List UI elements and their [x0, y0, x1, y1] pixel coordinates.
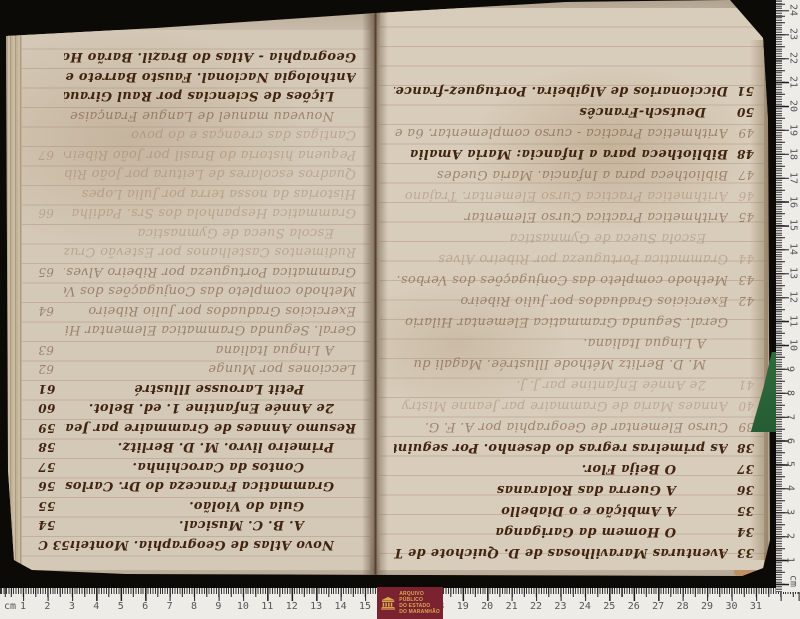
- book-title-text: Escola Sueca de Gymnastica: [394, 230, 728, 245]
- archive-building-icon: [380, 592, 396, 614]
- ruler-number: 29: [701, 601, 713, 612]
- ruler-number: 28: [677, 601, 689, 612]
- manuscript-line: 42Exercicios Graduados por Julio Ribeiro: [394, 287, 754, 308]
- manuscript-line: Grammatica Hespanhola dos Srs. Padilha66: [38, 201, 356, 221]
- book-title-text: Rudimentos Castelhanos por Estevão Cruz: [64, 245, 356, 260]
- book-title-text: Curso Elementar de Geographia por A. F. …: [394, 419, 728, 434]
- ruler-number: 8: [191, 601, 197, 612]
- book-title-text: Diccionarios de Algibeira. Portuguez-fra…: [394, 83, 728, 98]
- book-title-text: A Lingua Italiana.: [394, 335, 728, 350]
- book-title-text: Bibliotheca para a Infancia: Maria Amali…: [394, 146, 728, 161]
- manuscript-line: 40Annaes Maria de Grammaire par Jeanne M…: [394, 392, 754, 413]
- ruler-number: 16: [788, 195, 799, 207]
- ruler-number: 18: [788, 148, 799, 160]
- item-number: 66: [38, 207, 64, 221]
- ruler-number: 24: [788, 4, 799, 16]
- handwritten-list-left: Novo Atlas de Geographia. Monteiro53 CA.…: [22, 30, 370, 570]
- book-title-text: O Homem da Gariganga: [394, 524, 728, 539]
- ruler-number: 5: [118, 601, 124, 612]
- book-title-text: Arithmetica Practica - curso complementa…: [394, 125, 728, 140]
- manuscript-line: 51Diccionarios de Algibeira. Portuguez-f…: [394, 77, 754, 98]
- ruler-number: 11: [788, 315, 799, 327]
- ruler-number: 9: [215, 601, 221, 612]
- manuscript-line: 36A Guerra das Rolaranas: [394, 476, 754, 497]
- ruler-number: 4: [785, 485, 796, 491]
- ruler-number: 23: [554, 601, 566, 612]
- book-title-text: Grammatica Hespanhola dos Srs. Padilha: [64, 206, 356, 221]
- item-number: 55: [38, 499, 64, 513]
- manuscript-line: Grammatica Portugueza por Ribeiro Alves.…: [38, 260, 356, 280]
- manuscript-line: 46Arithmetica Practica Curso Elementar. …: [394, 182, 754, 203]
- ruler-number: 25: [603, 601, 615, 612]
- ruler-number: 22: [530, 601, 542, 612]
- book-title-text: 2e Année Enfantine 1. ed. Belot.: [64, 401, 356, 416]
- item-number: 61: [38, 382, 64, 396]
- book-title-text: Grammatica Portugueza por Ribeiro Alves: [394, 251, 728, 266]
- ruler-vertical-cm: cm 1234567891011121314151617181920212223…: [776, 0, 800, 592]
- manuscript-line: 49Arithmetica Practica - curso complemen…: [394, 119, 754, 140]
- archive-watermark: ARQUIVO PÚBLICO DO ESTADO DO MARANHÃO: [377, 587, 443, 619]
- page-right-edge-shading: [750, 40, 768, 560]
- item-number: 60: [38, 402, 64, 416]
- manuscript-line: A. B. C. Musical.54: [38, 513, 356, 533]
- item-number: 63: [38, 343, 64, 357]
- book-title-text: 2e Année Enfantine par J. J.: [394, 377, 728, 392]
- book-title-text: A Guerra das Rolaranas: [394, 482, 728, 497]
- ruler-number: 7: [785, 414, 796, 420]
- ruler-number: 17: [788, 172, 799, 184]
- manuscript-line: 33Aventuras Maravilhosas de D. Quichote …: [394, 539, 754, 560]
- manuscript-line: 44Grammatica Portugueza por Ribeiro Alve…: [394, 245, 754, 266]
- ruler-number: 15: [788, 219, 799, 231]
- item-number: 57: [38, 460, 64, 474]
- ruler-number: 12: [286, 601, 298, 612]
- manuscript-line: Escola Sueca de Gymnastica: [38, 221, 356, 241]
- ruler-number: 12: [788, 291, 799, 303]
- manuscript-line: Geral. Segunda Grammatica Elementar Hila…: [394, 308, 754, 329]
- ruler-number: 24: [579, 601, 591, 612]
- manuscript-line: Methodo completo das Conjugações dos Ver…: [38, 279, 356, 299]
- ruler-number: 23: [788, 28, 799, 40]
- ruler-number: 6: [785, 437, 796, 443]
- book-title-text: Guia do Violão.: [64, 498, 356, 513]
- manuscript-line: Anthologia Nacional. Fausto Barreto e Ca…: [38, 65, 356, 85]
- manuscript-line: Resumo Annaes de Grammaire par Jeanne Mi…: [38, 416, 356, 436]
- manuscript-line: 412e Année Enfantine par J. J.: [394, 371, 754, 392]
- manuscript-line: A Lingua Italiana63: [38, 338, 356, 358]
- ruler-number: 8: [785, 390, 796, 396]
- ruler-number: 15: [359, 601, 371, 612]
- item-number: 54: [38, 519, 64, 533]
- ruler-unit-label: cm: [788, 575, 799, 587]
- item-number: 53 C: [38, 538, 70, 552]
- manuscript-line: Geral. Segunda Grammatica Elementar Hila…: [38, 318, 356, 338]
- book-title-text: Primeiro livro. M. D. Berlitz.: [64, 440, 356, 455]
- manuscript-line: Petit Larousse Illustré61: [38, 377, 356, 397]
- scanned-document-photo: Novo Atlas de Geographia. Monteiro53 CA.…: [0, 0, 800, 619]
- manuscript-line: Novo Atlas de Geographia. Monteiro53 C: [38, 533, 356, 553]
- book-title-text: A. B. C. Musical.: [64, 518, 356, 533]
- manuscript-line: 50Deutsch-Francês: [394, 98, 754, 119]
- ruler-number: 5: [785, 461, 796, 467]
- manuscript-line: Pequena historia do Brasil por João Ribe…: [38, 143, 356, 163]
- ruler-number: 3: [785, 509, 796, 515]
- manuscript-line: A Lingua Italiana.: [394, 329, 754, 350]
- handwritten-list-right: 33Aventuras Maravilhosas de D. Quichote …: [380, 8, 764, 570]
- ruler-number: 20: [788, 100, 799, 112]
- manuscript-line: Historias da nossa terra por Julia Lopes: [38, 182, 356, 202]
- ruler-number: 14: [335, 601, 347, 612]
- item-number: 65: [38, 265, 64, 279]
- manuscript-line: Geographia - Atlas do Brazil. Barão Home…: [38, 45, 356, 65]
- book-title-text: Methodo completo das Conjugações dos Ver…: [64, 284, 356, 299]
- manuscript-line: Guia do Violão.55: [38, 494, 356, 514]
- book-title-text: Arithmetica Practica Curso Elementar. Tr…: [394, 188, 728, 203]
- ruler-number: 21: [788, 76, 799, 88]
- book-title-text: Geral. Segunda Grammatica Elementar Hila…: [64, 323, 356, 338]
- ruler-number: 1: [785, 557, 796, 563]
- book-title-text: Deutsch-Francês: [394, 104, 728, 119]
- book-title-text: Escola Sueca de Gymnastica: [64, 225, 356, 240]
- ruler-number: 19: [788, 124, 799, 136]
- ruler-number: 4: [93, 601, 99, 612]
- book-title-text: M. D. Berlitz Méthode Illustrée. Magali …: [394, 356, 728, 371]
- item-number: 59: [38, 421, 64, 435]
- book-title-text: Geral. Segunda Grammatica Elementar Hila…: [394, 314, 728, 329]
- manuscript-line: Quadros escolares de Leitura por João Ri…: [38, 162, 356, 182]
- manuscript-line: 45Arithmetica Practica Curso Elementar: [394, 203, 754, 224]
- item-number: 67: [38, 148, 64, 162]
- ruler-number: 31: [750, 601, 762, 612]
- book-title-text: Nouveau manuel de Langue Française: [64, 108, 356, 123]
- book-title-text: A Lingua Italiana: [64, 342, 356, 357]
- book-title-text: Lições de Sciencias por Raul Giraudel.: [64, 89, 356, 104]
- manuscript-page-left: Novo Atlas de Geographia. Monteiro53 CA.…: [22, 30, 370, 570]
- book-title-text: Anthologia Nacional. Fausto Barreto e Ca…: [64, 69, 356, 84]
- manuscript-line: Exercicios Graduados por Julio Ribeiro64: [38, 299, 356, 319]
- ruler-number: 30: [725, 601, 737, 612]
- ruler-number: 6: [142, 601, 148, 612]
- book-title-text: Resumo Annaes de Grammaire par Jeanne Mi…: [64, 420, 356, 435]
- ruler-number: 13: [788, 267, 799, 279]
- book-title-text: Bibliotheca para a Infancia. Maria Guede…: [394, 167, 728, 182]
- book-title-text: As primeiras regras do desenho. Por segu…: [394, 440, 728, 455]
- manuscript-line: Lições de Sciencias por Raul Giraudel.: [38, 84, 356, 104]
- ruler-number: 9: [785, 366, 796, 372]
- manuscript-line: Nouveau manuel de Langue Française: [38, 104, 356, 124]
- manuscript-line: Escola Sueca de Gymnastica: [394, 224, 754, 245]
- manuscript-line: 37O Beija Flor.: [394, 455, 754, 476]
- ruler-number: 20: [481, 601, 493, 612]
- ruler-number: 11: [261, 601, 273, 612]
- manuscript-line: Grammatica Franceza do Dr. Carlos Norte.…: [38, 474, 356, 494]
- book-title-text: Methodo completo das Conjugações dos Ver…: [394, 272, 728, 287]
- ruler-number: 26: [628, 601, 640, 612]
- book-title-text: Geographia - Atlas do Brazil. Barão Home…: [64, 50, 356, 65]
- book-title-text: Historias da nossa terra por Julia Lopes: [64, 186, 356, 201]
- ruler-number: 1: [20, 601, 26, 612]
- ruler-number: 14: [788, 243, 799, 255]
- book-gutter-fold: [362, 0, 388, 584]
- manuscript-line: M. D. Berlitz Méthode Illustrée. Magali …: [394, 350, 754, 371]
- manuscript-line: 34O Homem da Gariganga: [394, 518, 754, 539]
- item-number: 64: [38, 304, 64, 318]
- manuscript-line: 39Curso Elementar de Geographia por A. F…: [394, 413, 754, 434]
- book-title-text: Grammatica Franceza do Dr. Carlos Norte.: [64, 479, 356, 494]
- book-title-text: A Ambição e o Diabello: [394, 503, 728, 518]
- ruler-number: 2: [44, 601, 50, 612]
- manuscript-line: Rudimentos Castelhanos por Estevão Cruz: [38, 240, 356, 260]
- open-notebook: Novo Atlas de Geographia. Monteiro53 CA.…: [6, 0, 772, 584]
- book-title-text: Pequena historia do Brasil por João Ribe…: [64, 147, 356, 162]
- manuscript-line: 48Bibliotheca para a Infancia: Maria Ama…: [394, 140, 754, 161]
- manuscript-line: Primeiro livro. M. D. Berlitz.58: [38, 435, 356, 455]
- book-title-text: Aventuras Maravilhosas de D. Quichote de…: [394, 545, 728, 560]
- archive-name: ARQUIVO PÚBLICO DO ESTADO DO MARANHÃO: [399, 591, 440, 615]
- ruler-number: 10: [237, 601, 249, 612]
- ruler-number: 19: [457, 601, 469, 612]
- item-number: 62: [38, 363, 64, 377]
- book-title-text: Arithmetica Practica Curso Elementar: [394, 209, 728, 224]
- ruler-number: 21: [506, 601, 518, 612]
- book-title-text: O Beija Flor.: [394, 461, 728, 476]
- ruler-number: 13: [310, 601, 322, 612]
- manuscript-line: Lecciones por Munge62: [38, 357, 356, 377]
- manuscript-line: 35A Ambição e o Diabello: [394, 497, 754, 518]
- book-title-text: Annaes Maria de Grammaire par Jeanne Mis…: [394, 398, 728, 413]
- manuscript-line: 38As primeiras regras do desenho. Por se…: [394, 434, 754, 455]
- book-title-text: Exercicios Graduados por Julio Ribeiro: [394, 293, 728, 308]
- ruler-number: 3: [69, 601, 75, 612]
- manuscript-line: 2e Année Enfantine 1. ed. Belot.60: [38, 396, 356, 416]
- ruler-unit-label: cm: [4, 601, 16, 612]
- ruler-number: 7: [167, 601, 173, 612]
- manuscript-line: Cantigas das creanças e do povo: [38, 123, 356, 143]
- book-title-text: Exercicios Graduados por Julio Ribeiro: [64, 303, 356, 318]
- book-title-text: Lecciones por Munge: [64, 362, 356, 377]
- ruler-number: 27: [652, 601, 664, 612]
- book-title-text: Cantigas das creanças e do povo: [64, 128, 356, 143]
- ruler-number: 22: [788, 52, 799, 64]
- book-title-text: Grammatica Portugueza por Ribeiro Alves.: [64, 264, 356, 279]
- ruler-number: 2: [785, 533, 796, 539]
- manuscript-page-right: 33Aventuras Maravilhosas de D. Quichote …: [380, 8, 764, 570]
- manuscript-line: 47Bibliotheca para a Infancia. Maria Gue…: [394, 161, 754, 182]
- book-title-text: Petit Larousse Illustré: [64, 381, 356, 396]
- item-number: 56: [38, 480, 64, 494]
- book-title-text: Quadros escolares de Leitura por João Ri…: [64, 167, 356, 182]
- manuscript-line: Contos da Carochinha.57: [38, 455, 356, 475]
- book-title-text: Novo Atlas de Geographia. Monteiro: [70, 537, 356, 552]
- ruler-number: 10: [788, 339, 799, 351]
- book-title-text: Contos da Carochinha.: [64, 459, 356, 474]
- manuscript-line: 43Methodo completo das Conjugações dos V…: [394, 266, 754, 287]
- item-number: 58: [38, 441, 64, 455]
